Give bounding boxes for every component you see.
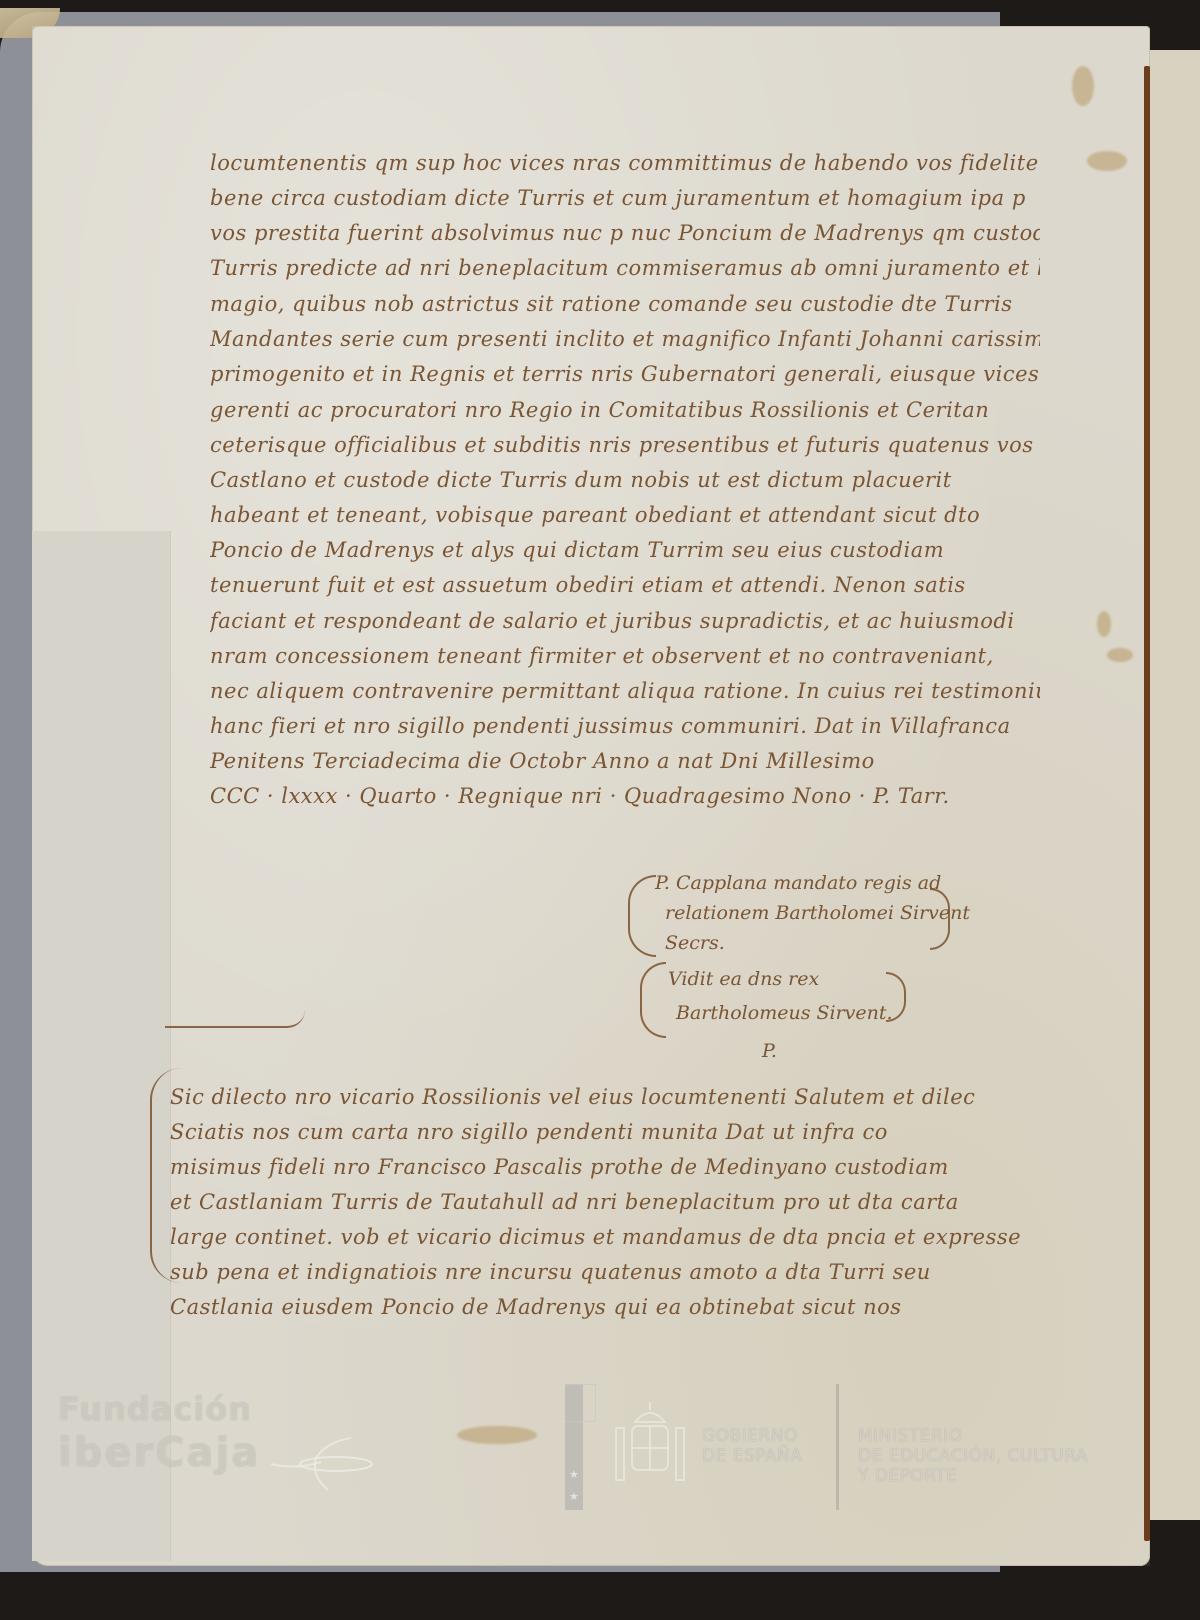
text-line: habeant et teneant, vobisque pareant obe… [210,498,1040,532]
paragraph-mark: P. [762,1040,777,1062]
text-line: large continet. vob et vicario dicimus e… [170,1220,1040,1254]
water-stain [1107,648,1133,662]
ministry-label: MINISTERIO DE EDUCACIÓN, CULTURA Y DEPOR… [858,1426,1088,1486]
water-stain [1097,611,1111,637]
text-line: CCC · lxxxx · Quarto · Regnique nri · Qu… [210,779,1040,813]
government-label: GOBIERNO DE ESPAÑA [702,1426,802,1466]
star-icon: ★ [569,1490,579,1503]
adjacent-page-edge [1150,50,1200,1520]
text-line: vos prestita fuerint absolvimus nuc p nu… [210,216,1040,250]
watermark-line: DE EDUCACIÓN, CULTURA [858,1446,1088,1466]
text-line: et Castlaniam Turris de Tautahull ad nri… [170,1185,1040,1219]
text-line: nec aliquem contravenire permittant aliq… [210,674,1040,708]
water-stain [1072,66,1094,106]
note-line: P. Capplana mandato regis ad [655,872,941,894]
watermark-line: iberCaja [58,1430,260,1476]
page-gutter [1144,66,1150,1541]
note-line: Secrs. [665,932,725,954]
text-line: magio, quibus nob astrictus sit ratione … [210,287,1040,321]
flag-outline-icon [565,1384,596,1422]
text-line: Poncio de Madrenys et alys qui dictam Tu… [210,533,1040,567]
text-line: faciant et respondeant de salario et jur… [210,604,1040,638]
text-line: locumtenentis qm sup hoc vices nras comm… [210,146,1040,180]
text-line: Sic dilecto nro vicario Rossilionis vel … [170,1080,1040,1114]
text-line: ceterisque officialibus et subditis nris… [210,428,1040,462]
text-line: hanc fieri et nro sigillo pendenti jussi… [210,709,1040,743]
left-bracket [628,875,656,957]
left-bracket [640,962,666,1038]
watermark-divider [836,1384,839,1510]
water-stain [1087,151,1127,171]
text-line: Castlania eiusdem Poncio de Madrenys qui… [170,1290,1040,1324]
ibercaja-logo-icon [266,1436,376,1496]
text-line: sub pena et indignatiois nre incursu qua… [170,1255,1040,1289]
star-icon: ★ [569,1468,579,1481]
text-line: Castlano et custode dicte Turris dum nob… [210,463,1040,497]
text-line: nram concessionem teneant firmiter et ob… [210,639,1040,673]
watermark-line: GOBIERNO [702,1426,802,1446]
text-line: Sciatis nos cum carta nro sigillo penden… [170,1115,1040,1149]
spain-coat-of-arms-icon [610,1400,690,1488]
text-line: primogenito et in Regnis et terris nris … [210,357,1040,391]
note-line: Bartholomeus Sirvent. [676,1002,893,1024]
water-stain [457,1426,537,1444]
text-line: bene circa custodiam dicte Turris et cum… [210,181,1040,215]
note-line: Vidit ea dns rex [668,968,819,990]
text-line: Turris predicte ad nri beneplacitum comm… [210,251,1040,285]
text-line: misimus fideli nro Francisco Pascalis pr… [170,1150,1040,1184]
watermark-line: Fundación [58,1390,252,1428]
note-line: relationem Bartholomei Sirvent [665,902,970,924]
watermark-line: MINISTERIO [858,1426,1088,1446]
text-line: Penitens Terciadecima die Octobr Anno a … [210,744,1040,778]
text-line: Mandantes serie cum presenti inclito et … [210,322,1040,356]
text-line: tenuerunt fuit et est assuetum obediri e… [210,568,1040,602]
watermark-line: Y DEPORTE [858,1466,1088,1486]
watermark-line: DE ESPAÑA [702,1446,802,1466]
text-line: gerenti ac procuratori nro Regio in Comi… [210,393,1040,427]
flourish-stroke [165,1010,305,1028]
